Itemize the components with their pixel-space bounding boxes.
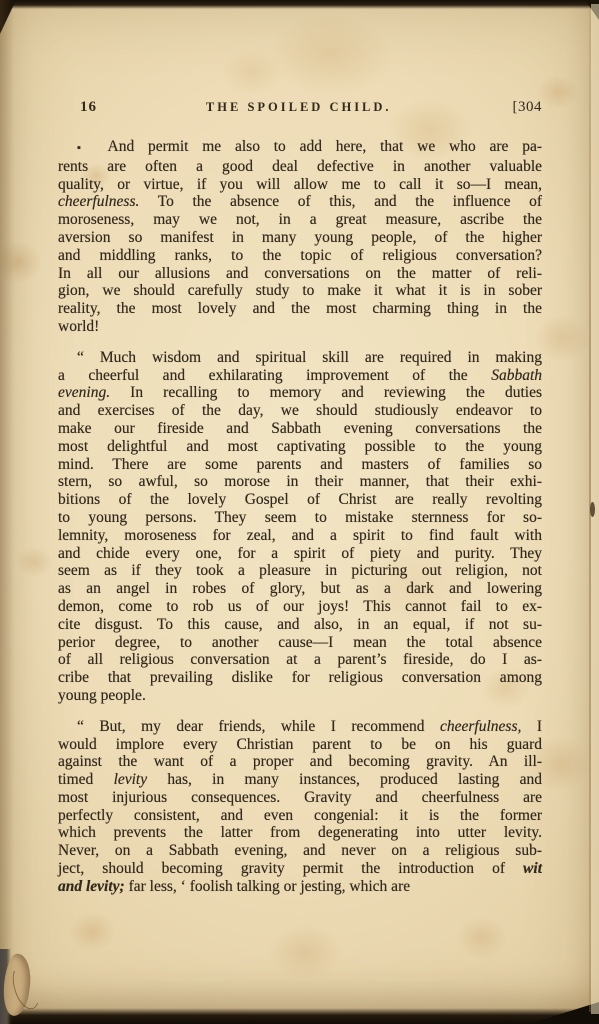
text-line: and middling ranks, to the topic of reli… (58, 247, 542, 265)
text-line: reality, the most lovely and the most ch… (58, 300, 542, 318)
text-segment: as an angel in robes of glory, but as a … (58, 580, 542, 597)
text-segment: Sabbath (491, 367, 542, 384)
text-segment: young people. (58, 687, 146, 704)
text-line: gion, we should carefully study to make … (58, 282, 542, 300)
text-segment: quality, or virtue, if you will allow me… (58, 176, 542, 193)
text-line: “ Much wisdom and spiritual skill are re… (58, 349, 542, 367)
scan-edge-top (0, 0, 599, 9)
text-segment: most injurious consequences. Gravity and… (58, 789, 542, 806)
text-segment: I (521, 718, 542, 735)
page-header: 16 THE SPOILED CHILD. [304 (58, 99, 542, 119)
text-segment: moroseness, may we not, in a great measu… (58, 211, 542, 228)
text-segment: “ But, my dear friends, while I recommen… (77, 718, 440, 735)
text-line: moroseness, may we not, in a great measu… (58, 211, 542, 229)
text-segment: ject, should becoming gravity permit the… (58, 860, 523, 877)
text-segment: reality, the most lovely and the most ch… (58, 300, 542, 317)
text-line: perior degree, to another cause—I mean t… (58, 634, 542, 652)
text-line: and exercises of the day, we should stud… (58, 402, 542, 420)
text-segment: against the want of a proper and becomin… (58, 753, 542, 770)
ink-speck (590, 502, 595, 517)
text-segment: gion, we should carefully study to make … (58, 282, 542, 299)
text-line: evening. In recalling to memory and revi… (58, 384, 542, 402)
text-segment: lemnity, moroseness for zeal, and a spir… (58, 527, 542, 544)
text-line: seem as if they took a pleasure in pictu… (58, 562, 542, 580)
text-segment: To the absence of this, and the influenc… (139, 193, 542, 210)
text-line: aversion so manifest in many young peopl… (58, 229, 542, 247)
text-line: rents are often a good deal defective in… (58, 158, 542, 176)
text-segment: and chide every one, for a spirit of pie… (58, 545, 542, 562)
text-segment: mind. There are some parents and masters… (58, 456, 542, 473)
text-line: make our fireside and Sabbath evening co… (58, 420, 542, 438)
paragraph: ▪ And permit me also to add here, that w… (58, 138, 542, 336)
text-line: timed levity has, in many instances, pro… (58, 771, 542, 789)
text-segment: stern, so awful, so morose in their mann… (58, 473, 542, 490)
text-segment: perfectly consistent, and even congenial… (58, 807, 542, 824)
text-segment: make our fireside and Sabbath evening co… (58, 420, 542, 437)
text-line: cite disgust. To this cause, and also, i… (58, 616, 542, 634)
text-line: demon, come to rob us of our joys! This … (58, 598, 542, 616)
text-line: against the want of a proper and becomin… (58, 753, 542, 771)
text-line: and levity; far less, ‘ foolish talking … (58, 878, 542, 896)
text-line: cheerfulness. To the absence of this, an… (58, 193, 542, 211)
text-line: of all religious conversation at a paren… (58, 651, 542, 669)
text-block: ▪ And permit me also to add here, that w… (58, 138, 542, 896)
reference-mark: ▪ (77, 142, 108, 154)
text-line: quality, or virtue, if you will allow me… (58, 176, 542, 194)
text-line: which prevents the latter from degenerat… (58, 824, 542, 842)
text-line: most delightful and most captivating pos… (58, 438, 542, 456)
text-line: a cheerful and exhilarating improvement … (58, 367, 542, 385)
text-segment: cheerfulness, (440, 718, 521, 735)
text-line: “ But, my dear friends, while I recommen… (58, 718, 542, 736)
text-segment: cheerfulness. (58, 193, 139, 210)
text-line: mind. There are some parents and masters… (58, 456, 542, 474)
text-line: young people. (58, 687, 542, 705)
scan-edge-bottom (0, 1008, 599, 1024)
text-line: to young persons. They seem to mistake s… (58, 509, 542, 527)
text-line: stern, so awful, so morose in their mann… (58, 473, 542, 491)
text-segment: And permit me also to add here, that we … (108, 138, 543, 155)
text-segment: wit (523, 860, 542, 877)
paragraph: “ Much wisdom and spiritual skill are re… (58, 349, 542, 705)
text-segment: evening. (58, 384, 110, 401)
text-segment: rents are often a good deal defective in… (58, 158, 542, 175)
text-line: world! (58, 318, 542, 336)
text-segment: cribe that prevailing dislike for religi… (58, 669, 542, 686)
text-segment: most delightful and most captivating pos… (58, 438, 542, 455)
text-segment: and levity; (58, 878, 125, 895)
text-line: cribe that prevailing dislike for religi… (58, 669, 542, 687)
text-segment: timed (58, 771, 114, 788)
text-line: ▪ And permit me also to add here, that w… (58, 138, 542, 158)
text-segment: In recalling to memory and reviewing the… (110, 384, 542, 401)
text-segment: and middling ranks, to the topic of reli… (58, 247, 542, 264)
text-segment: and exercises of the day, we should stud… (58, 402, 542, 419)
text-segment: to young persons. They seem to mistake s… (58, 509, 542, 526)
text-line: ject, should becoming gravity permit the… (58, 860, 542, 878)
text-segment: of all religious conversation at a paren… (58, 651, 542, 668)
text-segment: would implore every Christian parent to … (58, 736, 542, 753)
left-edge-shadow (0, 0, 14, 1024)
text-segment: a cheerful and exhilarating improvement … (58, 367, 491, 384)
text-segment: Never, on a Sabbath evening, and never o… (58, 842, 542, 859)
text-segment: aversion so manifest in many young peopl… (58, 229, 542, 246)
text-line: would implore every Christian parent to … (58, 736, 542, 754)
page-number: 16 (58, 99, 97, 116)
text-segment: levity (114, 771, 148, 788)
text-segment: which prevents the latter from degenerat… (58, 824, 542, 841)
text-line: bitions of the lovely Gospel of Christ a… (58, 491, 542, 509)
running-title: THE SPOILED CHILD. (206, 100, 392, 115)
text-line: and chide every one, for a spirit of pie… (58, 545, 542, 563)
text-segment: “ Much wisdom and spiritual skill are re… (77, 349, 542, 366)
text-line: In all our allusions and conversations o… (58, 265, 542, 283)
folio-number: [304 (512, 99, 542, 116)
text-segment: seem as if they took a pleasure in pictu… (58, 562, 542, 579)
text-segment: world! (58, 318, 99, 335)
text-segment: perior degree, to another cause—I mean t… (58, 634, 542, 651)
text-segment: In all our allusions and conversations o… (58, 265, 542, 282)
text-line: Never, on a Sabbath evening, and never o… (58, 842, 542, 860)
text-line: lemnity, moroseness for zeal, and a spir… (58, 527, 542, 545)
scanned-book-page: 16 THE SPOILED CHILD. [304 ▪ And permit … (0, 0, 599, 1024)
paragraph: “ But, my dear friends, while I recommen… (58, 718, 542, 896)
text-segment: demon, come to rob us of our joys! This … (58, 598, 542, 615)
text-line: most injurious consequences. Gravity and… (58, 789, 542, 807)
text-segment: has, in many instances, produced lasting… (147, 771, 542, 788)
text-segment: cite disgust. To this cause, and also, i… (58, 616, 542, 633)
text-line: perfectly consistent, and even congenial… (58, 807, 542, 825)
text-segment: bitions of the lovely Gospel of Christ a… (58, 491, 542, 508)
text-line: as an angel in robes of glory, but as a … (58, 580, 542, 598)
text-segment: far less, ‘ foolish talking or jesting, … (125, 878, 410, 895)
page-content: 16 THE SPOILED CHILD. [304 ▪ And permit … (58, 99, 542, 909)
